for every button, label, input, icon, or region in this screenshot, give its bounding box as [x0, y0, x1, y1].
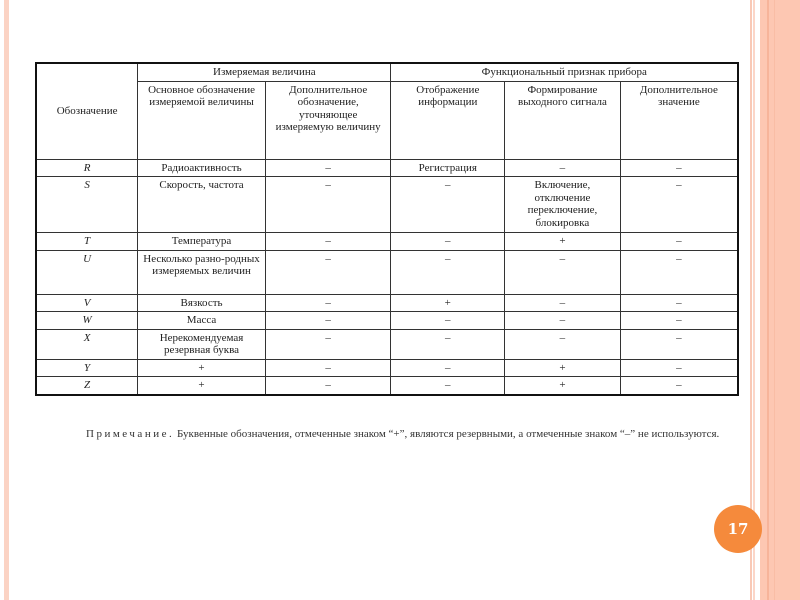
table-row: Y+––+–	[36, 359, 738, 377]
table-cell: –	[265, 377, 391, 395]
table-cell: –	[265, 294, 391, 312]
table-cell: –	[620, 377, 738, 395]
table-row: WМасса––––	[36, 312, 738, 330]
table-cell: –	[505, 250, 621, 294]
table-row: SСкорость, частота––Включение, отключени…	[36, 177, 738, 233]
table-row: RРадиоактивность–Регистрация––	[36, 159, 738, 177]
row-code: T	[36, 233, 138, 251]
table-cell: –	[620, 312, 738, 330]
table-cell: –	[265, 359, 391, 377]
table-cell: –	[620, 294, 738, 312]
header-additional-designation: Дополнительное обозначение, уточняющее и…	[265, 81, 391, 159]
page-number-badge: 17	[714, 505, 762, 553]
table-cell: +	[505, 233, 621, 251]
header-designation: Обозначение	[36, 63, 138, 159]
table-cell: +	[505, 359, 621, 377]
table-cell: –	[391, 312, 505, 330]
table-cell: –	[391, 177, 505, 233]
table-cell: Несколько разно-родных измеряемых величи…	[138, 250, 266, 294]
row-code: W	[36, 312, 138, 330]
table-cell: +	[138, 377, 266, 395]
table-cell: –	[265, 233, 391, 251]
header-functional-group: Функциональный признак прибора	[391, 63, 738, 81]
right-decor-stripes	[750, 0, 800, 600]
table-note: Примечание. Буквенные обозначения, отмеч…	[50, 428, 730, 441]
table-cell: –	[620, 359, 738, 377]
table-cell: –	[620, 329, 738, 359]
table-cell: –	[620, 159, 738, 177]
row-code: S	[36, 177, 138, 233]
table-cell: –	[391, 233, 505, 251]
table-cell: Нерекомендуемая резервная буква	[138, 329, 266, 359]
header-additional-value: Дополнительное значение	[620, 81, 738, 159]
left-decor-stripe	[4, 0, 9, 600]
row-code: U	[36, 250, 138, 294]
table-cell: –	[505, 159, 621, 177]
table-cell: Включение, отключение переключение, блок…	[505, 177, 621, 233]
table-cell: –	[265, 177, 391, 233]
row-code: Z	[36, 377, 138, 395]
table-cell: –	[505, 329, 621, 359]
table-cell: Радиоактивность	[138, 159, 266, 177]
table-row: UНесколько разно-родных измеряемых велич…	[36, 250, 738, 294]
row-code: V	[36, 294, 138, 312]
designation-table: Обозначение Измеряемая величина Функцион…	[35, 62, 739, 396]
table-row: TТемпература––+–	[36, 233, 738, 251]
table-cell: +	[138, 359, 266, 377]
table-cell: –	[620, 250, 738, 294]
note-label: Примечание.	[86, 428, 174, 440]
table-cell: –	[265, 250, 391, 294]
table-cell: –	[391, 250, 505, 294]
row-code: X	[36, 329, 138, 359]
table-cell: –	[265, 312, 391, 330]
header-info-display: Отображение информации	[391, 81, 505, 159]
header-output-signal: Формирование выходного сигнала	[505, 81, 621, 159]
note-text: Буквенные обозначения, отмеченные знаком…	[177, 428, 719, 440]
header-measured-group: Измеряемая величина	[138, 63, 391, 81]
table-cell: Скорость, частота	[138, 177, 266, 233]
table-cell: –	[391, 329, 505, 359]
table-cell: –	[391, 359, 505, 377]
table-cell: Вязкость	[138, 294, 266, 312]
table-cell: –	[265, 329, 391, 359]
table-cell: –	[265, 159, 391, 177]
row-code: Y	[36, 359, 138, 377]
table-cell: Масса	[138, 312, 266, 330]
table-cell: –	[505, 294, 621, 312]
table-cell: Регистрация	[391, 159, 505, 177]
table-cell: –	[620, 233, 738, 251]
row-code: R	[36, 159, 138, 177]
table-row: Z+––+–	[36, 377, 738, 395]
header-main-designation: Основное обозначение измеряемой величины	[138, 81, 266, 159]
table-cell: –	[620, 177, 738, 233]
table-row: VВязкость–+––	[36, 294, 738, 312]
table-cell: Температура	[138, 233, 266, 251]
table-row: XНерекомендуемая резервная буква––––	[36, 329, 738, 359]
table-cell: +	[505, 377, 621, 395]
table-cell: –	[391, 377, 505, 395]
table-cell: –	[505, 312, 621, 330]
table-cell: +	[391, 294, 505, 312]
